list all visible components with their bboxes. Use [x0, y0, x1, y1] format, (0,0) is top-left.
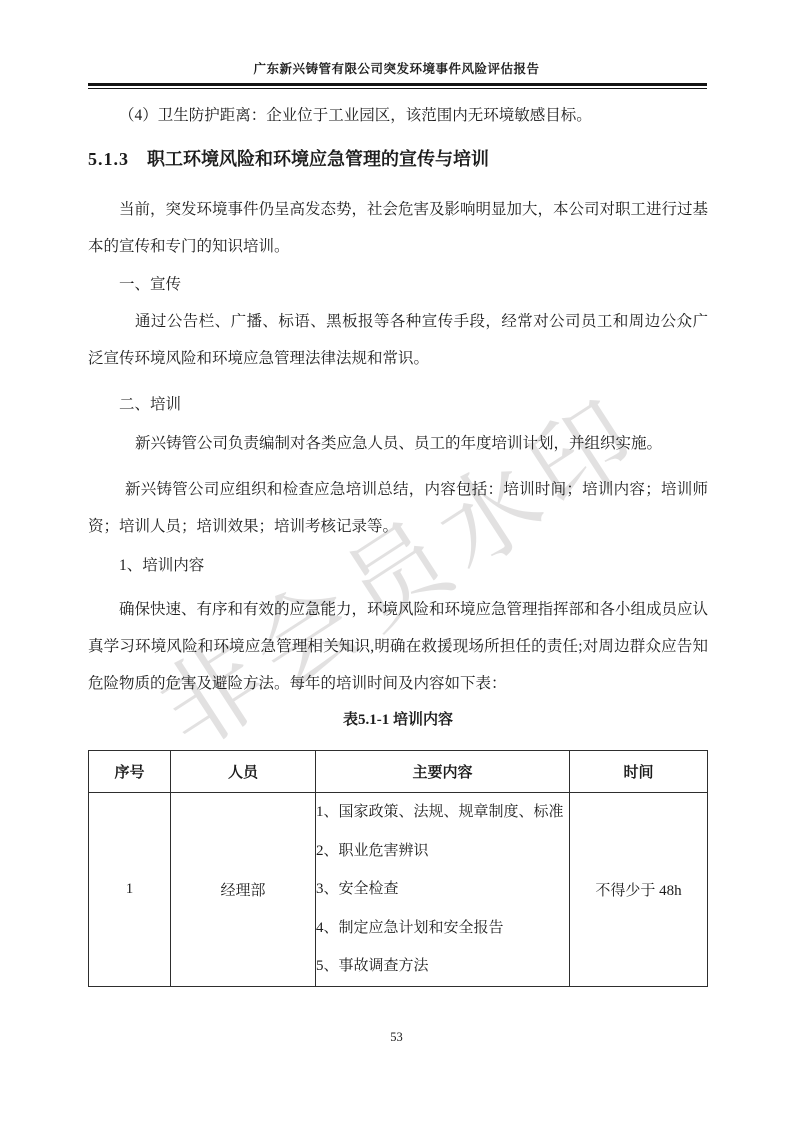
- th-time: 时间: [570, 751, 708, 793]
- heading-text: 职工环境风险和环境应急管理的宣传与培训: [147, 149, 489, 169]
- subheading-training-content: 1、培训内容: [88, 547, 708, 584]
- table-caption: 表5.1-1 培训内容: [88, 708, 708, 732]
- section-heading: 5.1.3职工环境风险和环境应急管理的宣传与培训: [88, 146, 708, 173]
- content-item: 1、国家政策、法规、规章制度、标准: [316, 793, 569, 832]
- report-header-title: 广东新兴铸管有限公司突发环境事件风险评估报告: [0, 59, 793, 77]
- content-item: 3、安全检查: [316, 870, 569, 909]
- cell-time: 不得少于 48h: [570, 793, 708, 987]
- paragraph-current-situation: 当前，突发环境事件仍呈高发态势，社会危害及影响明显加大，本公司对职工进行过基本的…: [88, 191, 708, 265]
- cell-personnel: 经理部: [171, 793, 316, 987]
- paragraph-ensure-capability: 确保快速、有序和有效的应急能力，环境风险和环境应急管理指挥部和各小组成员应认真学…: [88, 591, 708, 702]
- content-item: 5、事故调查方法: [316, 947, 569, 986]
- header-double-rule: [88, 83, 707, 89]
- th-serial: 序号: [89, 751, 171, 793]
- table-row: 1 经理部 1、国家政策、法规、规章制度、标准 2、职业危害辨识 3、安全检查 …: [89, 793, 708, 987]
- cell-main-content: 1、国家政策、法规、规章制度、标准 2、职业危害辨识 3、安全检查 4、制定应急…: [316, 793, 570, 987]
- training-content-table: 序号 人员 主要内容 时间 1 经理部 1、国家政策、法规、规章制度、标准 2、…: [88, 750, 708, 987]
- th-main-content: 主要内容: [316, 751, 570, 793]
- cell-serial: 1: [89, 793, 171, 987]
- content-item: 4、制定应急计划和安全报告: [316, 909, 569, 948]
- paragraph-propaganda: 通过公告栏、广播、标语、黑板报等各种宣传手段，经常对公司员工和周边公众广泛宣传环…: [88, 303, 708, 377]
- subheading-training: 二、培训: [88, 386, 708, 423]
- paragraph-sanitary-distance: （4）卫生防护距离：企业位于工业园区，该范围内无环境敏感目标。: [88, 97, 708, 134]
- th-personnel: 人员: [171, 751, 316, 793]
- content-item: 2、职业危害辨识: [316, 832, 569, 871]
- paragraph-training-summary: 新兴铸管公司应组织和检查应急培训总结，内容包括：培训时间；培训内容；培训师资；培…: [88, 471, 708, 545]
- subheading-propaganda: 一、宣传: [88, 266, 708, 303]
- heading-number: 5.1.3: [88, 149, 129, 169]
- table-header-row: 序号 人员 主要内容 时间: [89, 751, 708, 793]
- page-number: 53: [0, 1030, 793, 1045]
- paragraph-training-plan: 新兴铸管公司负责编制对各类应急人员、员工的年度培训计划，并组织实施。: [88, 425, 708, 462]
- document-page: 非会员水印 广东新兴铸管有限公司突发环境事件风险评估报告 （4）卫生防护距离：企…: [0, 0, 793, 1122]
